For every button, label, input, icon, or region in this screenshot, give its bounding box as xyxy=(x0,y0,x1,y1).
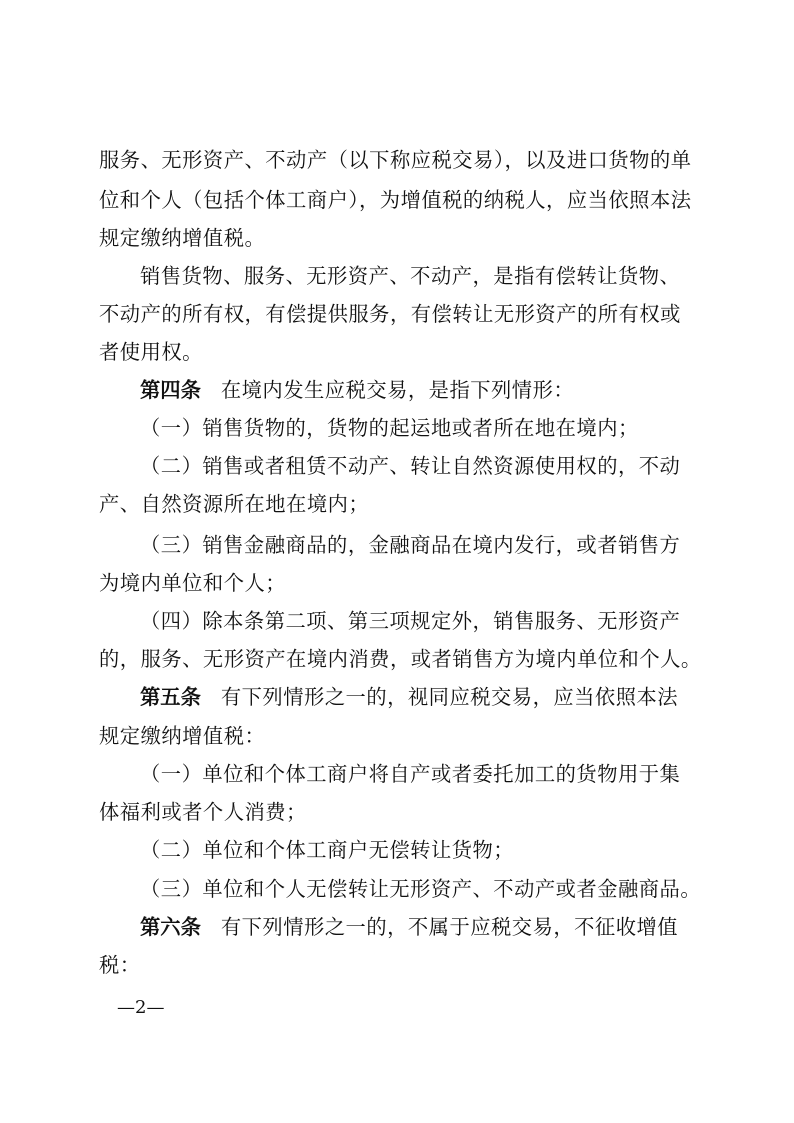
article-4-line: 第四条在境内发生应税交易，是指下列情形： xyxy=(140,375,740,405)
paragraph-line: 位和个人（包括个体工商户），为增值税的纳税人，应当依照本法 xyxy=(99,185,699,215)
clause-line: （一）销售货物的，货物的起运地或者所在地在境内； xyxy=(140,413,740,443)
paragraph-line: 体福利或者个人消费； xyxy=(99,797,699,827)
clause-line: （二）单位和个体工商户无偿转让货物； xyxy=(140,835,740,865)
paragraph-line: 规定缴纳增值税： xyxy=(99,721,699,751)
paragraph-line: 销售货物、服务、无形资产、不动产，是指有偿转让货物、 xyxy=(140,261,740,291)
clause-line: （二）销售或者租赁不动产、转让自然资源使用权的，不动 xyxy=(140,451,740,481)
paragraph-line: 不动产的所有权，有偿提供服务，有偿转让无形资产的所有权或 xyxy=(99,299,699,329)
paragraph-line: 的，服务、无形资产在境内消费，或者销售方为境内单位和个人。 xyxy=(99,644,699,674)
paragraph-line: 服务、无形资产、不动产（以下称应税交易），以及进口货物的单 xyxy=(99,145,699,175)
article-text: 有下列情形之一的，不属于应税交易，不征收增值 xyxy=(221,915,678,939)
paragraph-line: 产、自然资源所在地在境内； xyxy=(99,489,699,519)
article-5-line: 第五条有下列情形之一的，视同应税交易，应当依照本法 xyxy=(140,682,740,712)
clause-line: （一）单位和个体工商户将自产或者委托加工的货物用于集 xyxy=(140,759,740,789)
article-text: 在境内发生应税交易，是指下列情形： xyxy=(221,378,574,402)
paragraph-line: 者使用权。 xyxy=(99,337,699,367)
page-number: —2— xyxy=(117,996,164,1020)
document-page: 服务、无形资产、不动产（以下称应税交易），以及进口货物的单 位和个人（包括个体工… xyxy=(0,0,794,1123)
clause-line: （四）除本条第二项、第三项规定外，销售服务、无形资产 xyxy=(140,606,740,636)
paragraph-line: 税： xyxy=(99,950,699,980)
article-6-line: 第六条有下列情形之一的，不属于应税交易，不征收增值 xyxy=(140,912,740,942)
paragraph-line: 为境内单位和个人； xyxy=(99,568,699,598)
article-text: 有下列情形之一的，视同应税交易，应当依照本法 xyxy=(221,685,678,709)
article-heading: 第四条 xyxy=(140,378,201,402)
article-heading: 第五条 xyxy=(140,685,201,709)
article-heading: 第六条 xyxy=(140,915,201,939)
paragraph-line: 规定缴纳增值税。 xyxy=(99,223,699,253)
clause-line: （三）单位和个人无偿转让无形资产、不动产或者金融商品。 xyxy=(140,874,740,904)
clause-line: （三）销售金融商品的，金融商品在境内发行，或者销售方 xyxy=(140,530,740,560)
